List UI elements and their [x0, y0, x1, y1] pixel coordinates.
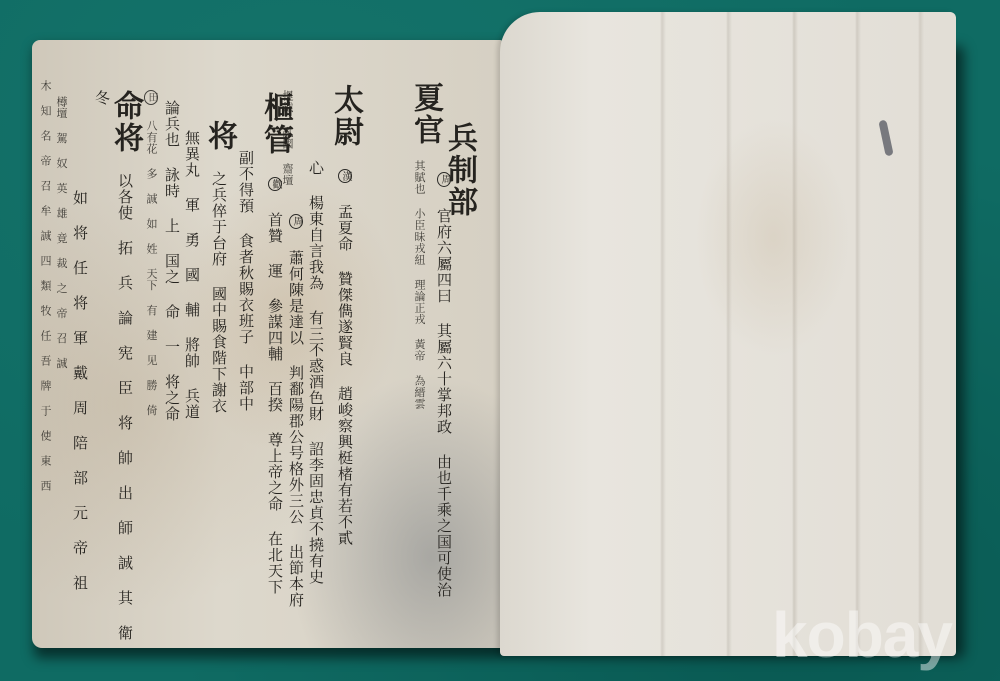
column-text: 論兵也 詠時 上 国之 命 一 将之命: [163, 100, 181, 422]
text-column-10: 無異丸 軍 勇 國 輔 將帥 兵道: [184, 130, 199, 420]
column-text: 副不得預 食者秋賜衣班子 中部中: [237, 150, 255, 412]
column-heading: 将: [202, 120, 237, 152]
text-column-9: 将 之兵倅于台府 國中賜食階下謝衣: [204, 120, 234, 414]
column-text: 無異丸 軍 勇 國 輔 將帥 兵道: [183, 130, 201, 420]
column-text: 心 楊東自言我為 有三不惑酒色財 詔李固忠貞不撓有史: [307, 160, 325, 585]
column-heading: 太尉: [328, 84, 363, 148]
column-text: 首贊 運 參謀四輔 百揆 尊上帝之命 在北天下: [266, 212, 284, 595]
text-column-4: 心 楊東自言我為 有三不惑酒色財 詔李固忠貞不撓有史: [308, 160, 323, 585]
text-column-2: 周 官府六屬四曰 其屬六十掌邦政 由也千乘之国可使治: [436, 170, 451, 598]
text-column-13: 命将 以各使 拓 兵 論 宪 臣 将 帥 出 師 誠 其 衛 冬: [94, 90, 140, 648]
column-text: 木 知 名 帝 召 牟 誠 四 類 牧 任 吾 牌 于 使 東 西: [39, 80, 52, 492]
watermark-logo: kobay: [772, 598, 952, 672]
stamp-icon: 周: [289, 214, 303, 229]
ink-smudge: [878, 120, 893, 157]
text-column-16: 木 知 名 帝 召 牟 誠 四 類 牧 任 吾 牌 于 使 東 西: [40, 80, 51, 492]
column-text: 如 将 任 将 軍 戴 周 陪 部 元 帝 祖: [71, 190, 89, 591]
column-text: 孟夏命 贊傑儁遂賢良 趙峻察興梃楮有若不貳: [336, 204, 354, 546]
book: 夏官 兵制部 其賦也 小臣昧戎紐 理論正戎 黃帝 為縉雲 周 官府六屬四曰 其屬…: [0, 0, 1000, 681]
column-text: 其賦也 小臣昧戎紐 理論正戎 黃帝 為縉雲: [413, 160, 426, 410]
section-title: 夏官: [410, 82, 440, 146]
text-column-8: 副不得預 食者秋賜衣班子 中部中: [238, 150, 253, 412]
text-column-3: 太尉 漢 孟夏命 贊傑儁遂賢良 趙峻察興梃楮有若不貳: [330, 84, 360, 546]
stamp-icon: 周: [437, 172, 451, 187]
text-column-1: 其賦也 小臣昧戎紐 理論正戎 黃帝 為縉雲: [414, 160, 425, 410]
text-column-14: 如 将 任 将 軍 戴 周 陪 部 元 帝 祖: [72, 190, 87, 591]
text-column-15: 樽壇 駕 奴 英 雄 竟 裁 之 帝 召 誠: [56, 96, 67, 369]
text-column-11: 論兵也 詠時 上 国之 命 一 将之命: [164, 100, 179, 422]
left-page: 夏官 兵制部 其賦也 小臣昧戎紐 理論正戎 黃帝 為縉雲 周 官府六屬四曰 其屬…: [32, 40, 502, 648]
stamp-icon: 漢: [338, 169, 352, 183]
column-text: 官府六屬四曰 其屬六十掌邦政 由也千乘之国可使治: [435, 208, 453, 598]
right-page-blank: [500, 12, 956, 656]
column-text: 八有花 多 誠 如 姓 天下 有 建 见 勝 倚: [145, 120, 158, 416]
stamp-icon: 歡: [268, 177, 282, 191]
column-heading: 樞管: [258, 92, 293, 156]
text-column-7: 樞管 歡 首贊 運 參謀四輔 百揆 尊上帝之命 在北天下: [260, 92, 290, 595]
column-text: 樽壇 駕 奴 英 雄 竟 裁 之 帝 召 誠: [55, 96, 68, 369]
column-text: 以各使 拓 兵 論 宪 臣 将 帥 出 師 誠 其 衛 冬: [93, 90, 134, 641]
column-text: 之兵倅于台府 國中賜食階下謝衣: [210, 171, 228, 414]
text-column-5: 周 蕭何陳是達以 判鄱陽郡公号格外三公 出節本府: [288, 212, 303, 608]
text-column-12: 田 八有花 多 誠 如 姓 天下 有 建 见 勝 倚: [144, 88, 158, 416]
stamp-icon: 田: [144, 90, 158, 105]
column-heading: 命将: [108, 90, 143, 154]
